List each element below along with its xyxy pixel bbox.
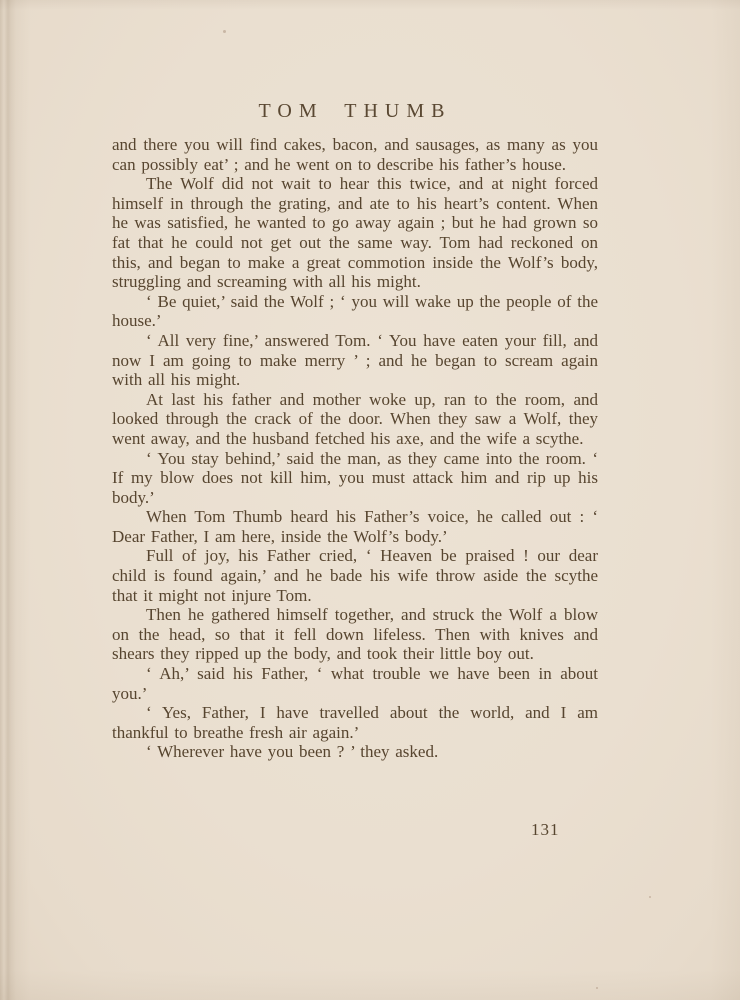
text-block: TOM THUMB and there you will find cakes,… xyxy=(112,101,598,762)
paragraph: Full of joy, his Father cried, ‘ Heaven … xyxy=(112,546,598,605)
paper-speck xyxy=(223,30,226,33)
paragraph: ‘ Ah,’ said his Father, ‘ what trouble w… xyxy=(112,664,598,703)
page-title: TOM THUMB xyxy=(112,101,598,122)
paragraph: The Wolf did not wait to hear this twice… xyxy=(112,174,598,292)
paper-speck xyxy=(596,987,598,989)
paragraph: ‘ All very fine,’ answered Tom. ‘ You ha… xyxy=(112,331,598,390)
paragraph: ‘ Yes, Father, I have travelled about th… xyxy=(112,703,598,742)
paragraph: ‘ Be quiet,’ said the Wolf ; ‘ you will … xyxy=(112,292,598,331)
story-body: and there you will find cakes, bacon, an… xyxy=(112,135,598,762)
paragraph: Then he gathered himself together, and s… xyxy=(112,605,598,664)
paragraph: ‘ You stay behind,’ said the man, as the… xyxy=(112,449,598,508)
scanned-book-page: TOM THUMB and there you will find cakes,… xyxy=(0,0,740,1000)
page-number: 131 xyxy=(531,820,560,840)
paper-speck xyxy=(649,896,651,898)
paragraph: ‘ Wherever have you been ? ’ they asked. xyxy=(112,742,598,762)
paragraph: and there you will find cakes, bacon, an… xyxy=(112,135,598,174)
paragraph: At last his father and mother woke up, r… xyxy=(112,390,598,449)
paragraph: When Tom Thumb heard his Father’s voice,… xyxy=(112,507,598,546)
